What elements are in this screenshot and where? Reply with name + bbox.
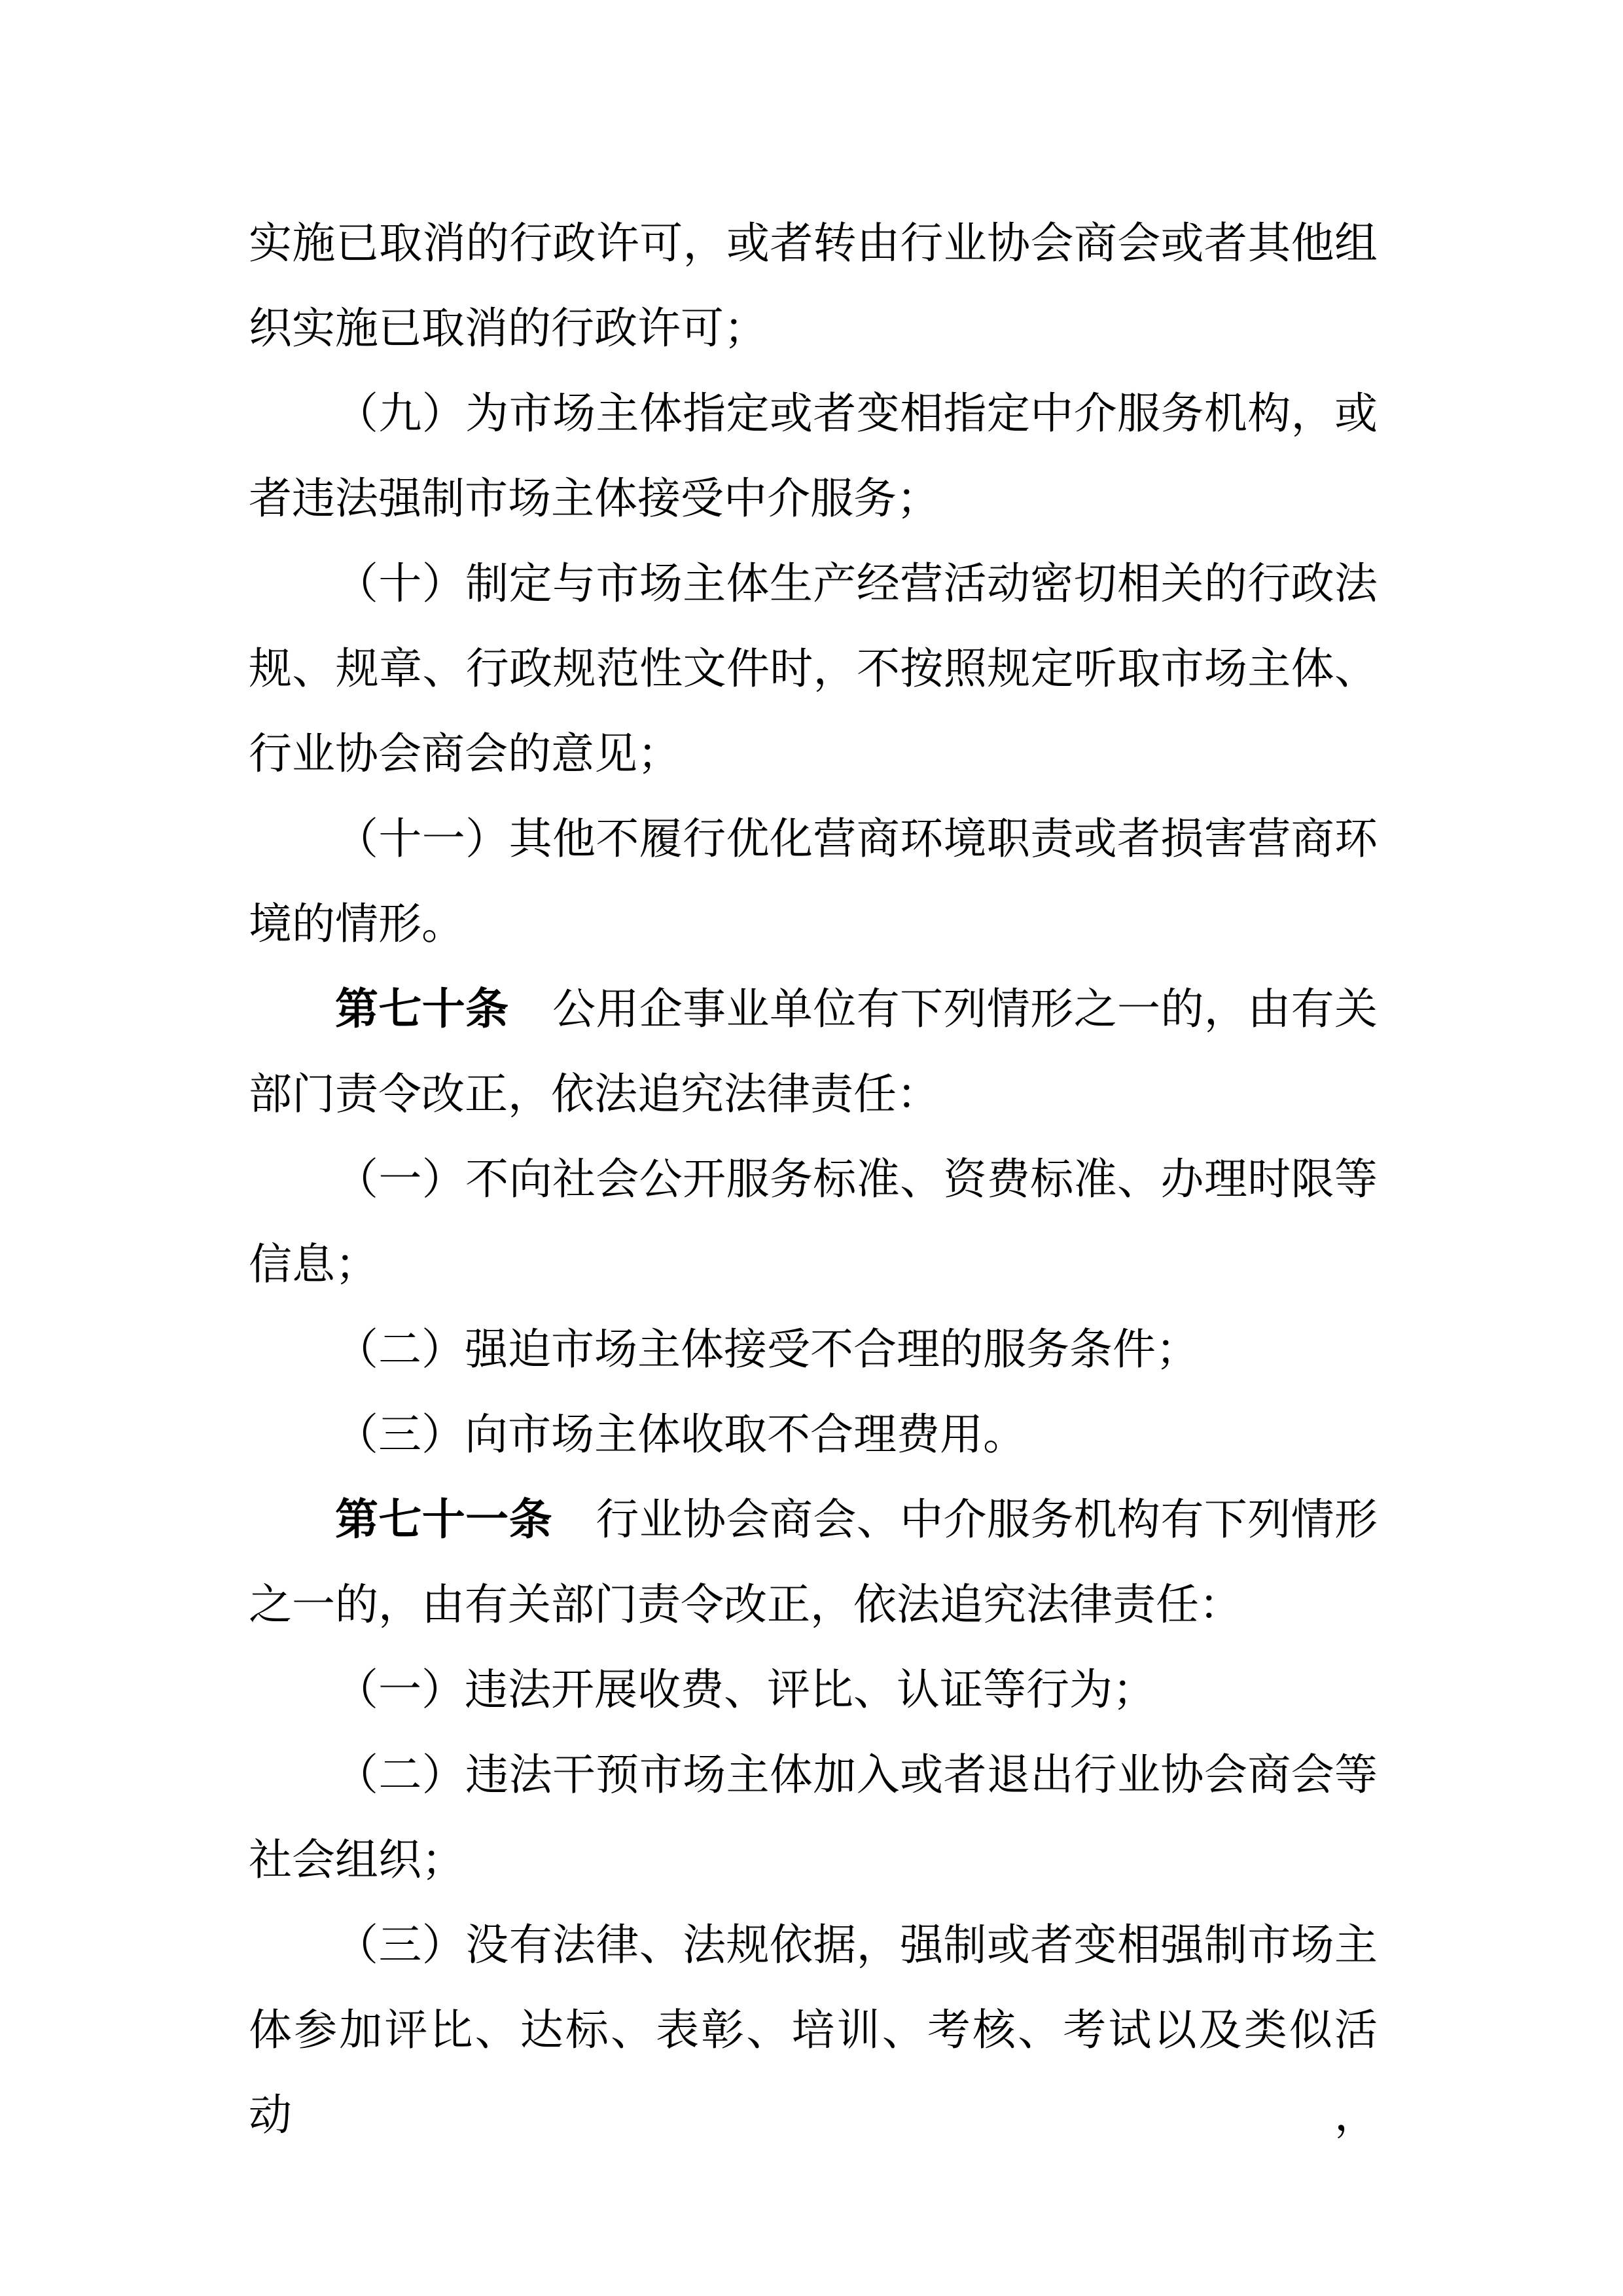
text-line-3: （九）为市场主体指定或者变相指定中介服务机构，或 <box>249 372 1378 457</box>
text-segment: 规、规章、行政规范性文件时，不按照规定听取市场主体、 <box>249 645 1378 693</box>
text-segment: 社会组织； <box>249 1837 465 1884</box>
text-line-2: 织实施已取消的行政许可； <box>249 287 1378 372</box>
text-line-5: （十）制定与市场主体生产经营活动密切相关的行政法 <box>249 542 1378 627</box>
text-line-17: 之一的，由有关部门责令改正，依法追究法律责任： <box>249 1563 1378 1648</box>
text-line-10: 第七十条 公用企事业单位有下列情形之一的，由有关 <box>249 967 1378 1052</box>
text-segment: 公用企事业单位有下列情形之一的，由有关 <box>509 986 1378 1033</box>
text-segment: 体参加评比、达标、表彰、培训、考核、考试以及类似活动， <box>249 2007 1378 2140</box>
text-segment: 部门责令改正，依法追究法律责任： <box>249 1071 940 1119</box>
text-line-7: 行业协会商会的意见； <box>249 712 1378 797</box>
text-line-12: （一）不向社会公开服务标准、资费标准、办理时限等 <box>249 1138 1378 1223</box>
text-segment: 者违法强制市场主体接受中介服务； <box>249 475 940 523</box>
text-segment: （九）为市场主体指定或者变相指定中介服务机构，或 <box>335 390 1378 438</box>
article-number-heading: 第七十一条 <box>335 1496 552 1544</box>
text-line-11: 部门责令改正，依法追究法律责任： <box>249 1052 1378 1138</box>
text-segment: 织实施已取消的行政许可； <box>249 305 767 353</box>
text-line-6: 规、规章、行政规范性文件时，不按照规定听取市场主体、 <box>249 627 1378 712</box>
text-segment: 行业协会商会的意见； <box>249 730 681 778</box>
text-line-13: 信息； <box>249 1223 1378 1308</box>
text-segment: （三）没有法律、法规依据，强制或者变相强制市场主 <box>335 1922 1378 1969</box>
text-line-1: 实施已取消的行政许可，或者转由行业协会商会或者其他组 <box>249 202 1378 287</box>
text-line-9: 境的情形。 <box>249 882 1378 967</box>
text-line-16: 第七十一条 行业协会商会、中介服务机构有下列情形 <box>249 1478 1378 1563</box>
text-line-8: （十一）其他不履行优化营商环境职责或者损害营商环 <box>249 797 1378 882</box>
text-segment: （十）制定与市场主体生产经营活动密切相关的行政法 <box>335 560 1378 608</box>
text-segment: （二）强迫市场主体接受不合理的服务条件； <box>335 1326 1199 1374</box>
article-number-heading: 第七十条 <box>335 986 509 1033</box>
document-page: 实施已取消的行政许可，或者转由行业协会商会或者其他组织实施已取消的行政许可；（九… <box>0 0 1623 2296</box>
text-segment: 境的情形。 <box>249 901 465 948</box>
legal-text-block: 实施已取消的行政许可，或者转由行业协会商会或者其他组织实施已取消的行政许可；（九… <box>249 202 1378 2073</box>
text-segment: 行业协会商会、中介服务机构有下列情形 <box>552 1496 1378 1544</box>
text-segment: （三）向市场主体收取不合理费用。 <box>335 1411 1026 1459</box>
text-segment: （一）不向社会公开服务标准、资费标准、办理时限等 <box>335 1156 1378 1204</box>
text-segment: （二）违法干预市场主体加入或者退出行业协会商会等 <box>335 1751 1378 1799</box>
text-segment: 实施已取消的行政许可，或者转由行业协会商会或者其他组 <box>249 220 1378 268</box>
text-line-18: （一）违法开展收费、评比、认证等行为； <box>249 1648 1378 1733</box>
text-line-19: （二）违法干预市场主体加入或者退出行业协会商会等 <box>249 1733 1378 1818</box>
text-line-14: （二）强迫市场主体接受不合理的服务条件； <box>249 1308 1378 1393</box>
text-line-4: 者违法强制市场主体接受中介服务； <box>249 457 1378 542</box>
text-line-21: （三）没有法律、法规依据，强制或者变相强制市场主 <box>249 1903 1378 1988</box>
text-segment: （十一）其他不履行优化营商环境职责或者损害营商环 <box>335 816 1378 863</box>
text-segment: （一）违法开展收费、评比、认证等行为； <box>335 1666 1156 1714</box>
text-line-20: 社会组织； <box>249 1818 1378 1903</box>
text-line-22: 体参加评比、达标、表彰、培训、考核、考试以及类似活动， <box>249 1988 1378 2073</box>
text-line-15: （三）向市场主体收取不合理费用。 <box>249 1393 1378 1478</box>
text-segment: 之一的，由有关部门责令改正，依法追究法律责任： <box>249 1581 1242 1629</box>
text-segment: 信息； <box>249 1241 378 1289</box>
